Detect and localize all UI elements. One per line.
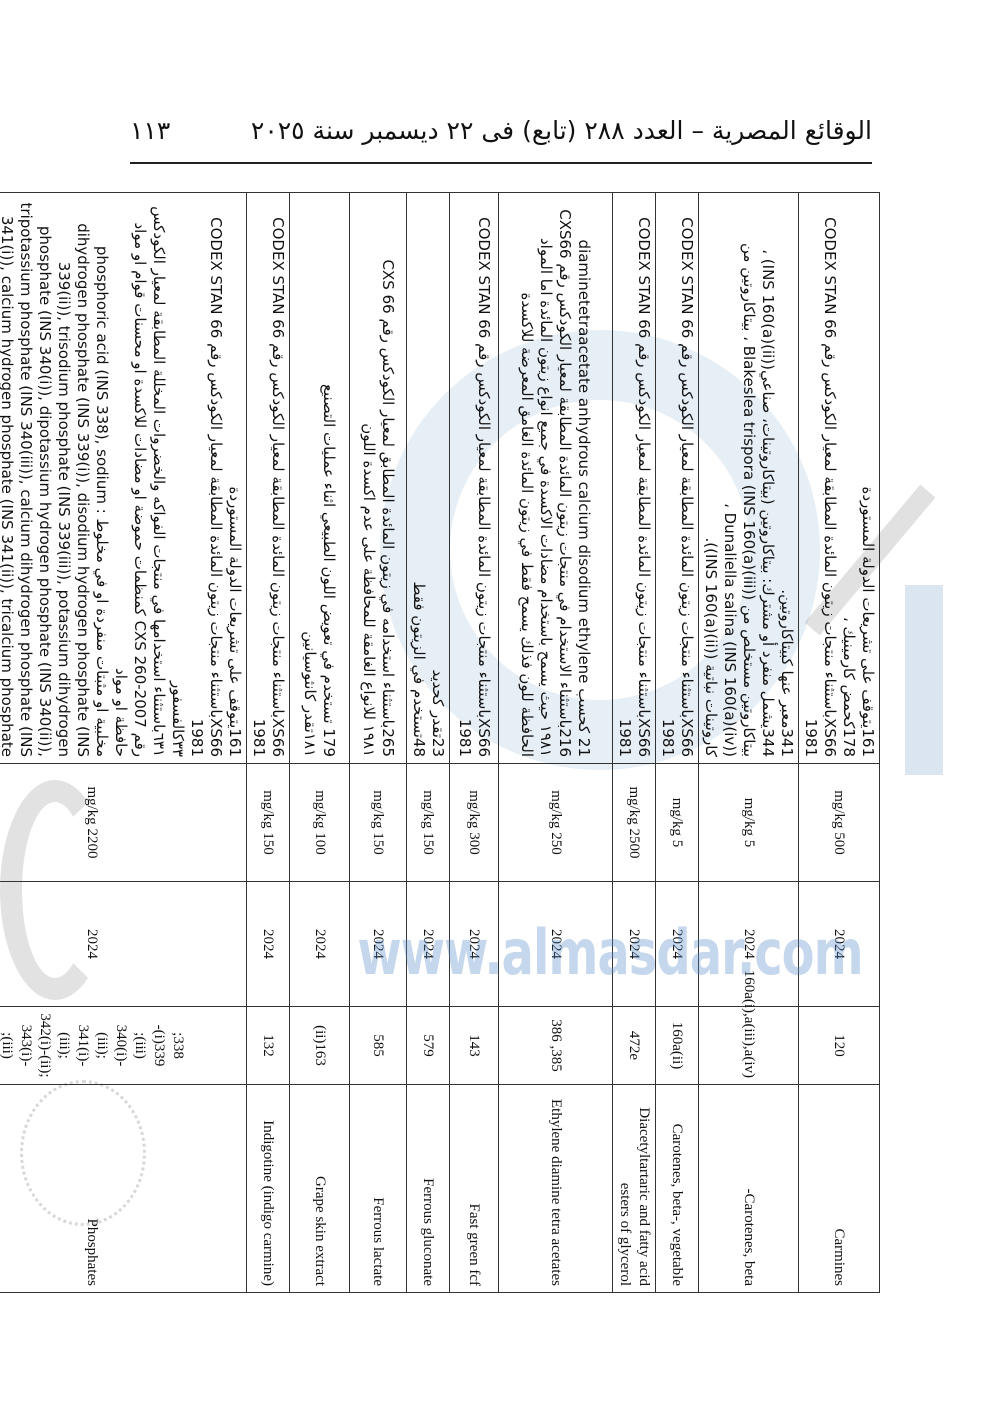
- ins-number-cell: 338; 339(i)-(iii); 340(i)-(iii); 341(i)-…: [0, 1007, 246, 1085]
- additive-name-cell: Carotenes, beta-, vegetable: [656, 1085, 699, 1293]
- notes-cell: 23تقدر كحديد48تستخدم في الزيتون فقط: [406, 193, 449, 764]
- notes-cell: 265باستثناء استخدامه في زيتون المائدة ال…: [349, 193, 406, 764]
- note-line: 161يتوقف على تشريعات الدولة المستوردة: [858, 199, 877, 757]
- note-line: XS66باستثناء منتجات زيتون المائدة المطاب…: [249, 199, 287, 757]
- year-cell: 2024: [656, 882, 699, 1007]
- additives-table: Carmines1202024500 mg/kg161يتوقف على تشر…: [0, 192, 880, 1293]
- notes-cell: XS66باستثناء منتجات زيتون المائدة المطاب…: [613, 193, 656, 764]
- note-line: 341معبر عنها كبيتاكاروتين.: [777, 199, 796, 757]
- notes-cell: XS66باستثناء منتجات زيتون المائدة المطاب…: [656, 193, 699, 764]
- note-line: XS66باستثناء منتجات زيتون المائدة المطاب…: [455, 199, 493, 757]
- additive-name-cell: Ferrous gluconate: [406, 1085, 449, 1293]
- max-level-cell: 100 mg/kg: [289, 764, 349, 882]
- max-level-cell: 5 mg/kg: [699, 764, 799, 882]
- year-cell: 2024: [349, 882, 406, 1007]
- note-line: XS66باستثناء منتجات زيتون المائدة المطاب…: [801, 199, 839, 757]
- max-level-cell: 150 mg/kg: [246, 764, 289, 882]
- ins-number-cell: 160a(i),a(iii),a(iv): [699, 1007, 799, 1085]
- note-line: 23تقدر كحديد: [428, 199, 447, 757]
- ins-number-cell: 585: [349, 1007, 406, 1085]
- table-row: Ferrous lactate5852024150 mg/kg265باستثن…: [349, 193, 406, 1293]
- header-divider: [130, 162, 872, 164]
- note-line: ١٩٨١ للانواع الغامقة للمحافظة على عدم اك…: [359, 199, 378, 757]
- ins-number-cell: 385, 386: [498, 1007, 612, 1085]
- note-line: مخلبية او مثبتات منفردة او في مخلوط : ph…: [0, 199, 111, 757]
- table-row: Ethylene diamine tetra acetates385, 3862…: [498, 193, 612, 1293]
- note-line: XS66باستثناء منتجات زيتون المائدة المطاب…: [615, 199, 653, 757]
- additive-name-cell: Phosphates: [0, 1085, 246, 1293]
- note-line: XS66باستثناء منتجات زيتون المائدة المطاب…: [187, 199, 225, 757]
- additive-name-cell: Carotenes, beta-: [699, 1085, 799, 1293]
- notes-cell: 341معبر عنها كبيتاكاروتين.344يشمل منفرد …: [699, 193, 799, 764]
- year-cell: 2024: [406, 882, 449, 1007]
- note-line: الحافظة للون فذلك يسمح فقط في زيتون الما…: [517, 199, 536, 757]
- year-cell: 2024: [289, 882, 349, 1007]
- note-line: 48تستخدم في الزيتون فقط: [409, 199, 428, 757]
- table-row: Carmines1202024500 mg/kg161يتوقف على تشر…: [799, 193, 880, 1293]
- additive-name-cell: Fast green fcf: [449, 1085, 498, 1293]
- year-cell: 2024: [449, 882, 498, 1007]
- table-row: Ferrous gluconate5792024150 mg/kg23تقدر …: [406, 193, 449, 1293]
- page-number: ١١٣: [130, 116, 170, 145]
- year-cell: 2024: [613, 882, 656, 1007]
- note-line: ١٩٨١ حيث يسمح باستخدام مضادات الاكسدة في…: [536, 199, 555, 757]
- ins-number-cell: 579: [406, 1007, 449, 1085]
- note-line: ٣٣كالفسفور: [168, 199, 187, 757]
- table-row: Diacetyltartaric and fatty acid esters o…: [613, 193, 656, 1293]
- notes-cell: 161يتوقف على تشريعات الدولة المستوردةXS6…: [0, 193, 246, 764]
- notes-cell: XS66باستثناء منتجات زيتون المائدة المطاب…: [449, 193, 498, 764]
- note-line: 179 تستخدم في تعويض اللون الطبيعي اثناء …: [319, 199, 338, 757]
- max-level-cell: 5 mg/kg: [656, 764, 699, 882]
- max-level-cell: 2500 mg/kg: [613, 764, 656, 882]
- table-row: Grape skin extract163(ii)2024100 mg/kg17…: [289, 193, 349, 1293]
- table-row: Carotenes, beta-, vegetable160a(ii)20245…: [656, 193, 699, 1293]
- ins-number-cell: 132: [246, 1007, 289, 1085]
- watermark-bar: [905, 585, 943, 775]
- year-cell: 2024: [0, 882, 246, 1007]
- note-line: 265باستثناء استخدامه في زيتون المائدة ال…: [378, 199, 397, 757]
- ins-number-cell: 160a(ii): [656, 1007, 699, 1085]
- note-line: 216باستثناء الاستخدام في منتجات زيتون ال…: [555, 199, 574, 757]
- additive-name-cell: Carmines: [799, 1085, 880, 1293]
- table-row: Phosphates338; 339(i)-(iii); 340(i)-(iii…: [0, 193, 246, 1293]
- max-level-cell: 150 mg/kg: [349, 764, 406, 882]
- max-level-cell: 150 mg/kg: [406, 764, 449, 882]
- note-line: 21 كحسب diaminetetraacetate anhydrous ca…: [574, 199, 593, 757]
- note-line: كاروتينات نباتية (INS 160(a)(ii))).: [701, 199, 720, 757]
- note-line: ١٨١تقدر كانثوسيانين: [300, 199, 319, 757]
- additive-name-cell: Diacetyltartaric and fatty acid esters o…: [613, 1085, 656, 1293]
- notes-cell: XS66باستثناء منتجات زيتون المائدة المطاب…: [246, 193, 289, 764]
- max-level-cell: 250 mg/kg: [498, 764, 612, 882]
- note-line: 344يشمل منفرد أو مشترك: بيتاكاروتين (بيت…: [758, 199, 777, 757]
- note-line: 178كحمض كارمينيك ،: [839, 199, 858, 757]
- notes-cell: 179 تستخدم في تعويض اللون الطبيعي اثناء …: [289, 193, 349, 764]
- gazette-title: الوقائع المصرية – العدد ٢٨٨ (تابع) فى ٢٢…: [251, 116, 872, 145]
- notes-cell: 21 كحسب diaminetetraacetate anhydrous ca…: [498, 193, 612, 764]
- year-cell: 2024: [498, 882, 612, 1007]
- max-level-cell: 500 mg/kg: [799, 764, 880, 882]
- note-line: ٦٣١باستثناء استخدامها في منتجات الفواكه …: [111, 199, 168, 757]
- note-line: XS66باستثناء منتجات زيتون المائدة المطاب…: [658, 199, 696, 757]
- page-header: الوقائع المصرية – العدد ٢٨٨ (تابع) فى ٢٢…: [130, 108, 872, 152]
- year-cell: 2024: [799, 882, 880, 1007]
- notes-cell: 161يتوقف على تشريعات الدولة المستوردة178…: [799, 193, 880, 764]
- additive-name-cell: Grape skin extract: [289, 1085, 349, 1293]
- additive-name-cell: Indigotine (indigo carmine): [246, 1085, 289, 1293]
- max-level-cell: 300 mg/kg: [449, 764, 498, 882]
- ins-number-cell: 143: [449, 1007, 498, 1085]
- max-level-cell: 2200 mg/kg: [0, 764, 246, 882]
- additive-name-cell: Ethylene diamine tetra acetates: [498, 1085, 612, 1293]
- note-line: بيتاكاروتين مستخلص من Blakeslea trispora…: [720, 199, 758, 757]
- ins-number-cell: 120: [799, 1007, 880, 1085]
- table-row: Carotenes, beta-160a(i),a(iii),a(iv)2024…: [699, 193, 799, 1293]
- year-cell: 2024: [246, 882, 289, 1007]
- ins-number-cell: 472e: [613, 1007, 656, 1085]
- additives-table-container: Carmines1202024500 mg/kg161يتوقف على تشر…: [133, 192, 880, 1293]
- additive-name-cell: Ferrous lactate: [349, 1085, 406, 1293]
- note-line: 161يتوقف على تشريعات الدولة المستوردة: [225, 199, 244, 757]
- ins-number-cell: 163(ii): [289, 1007, 349, 1085]
- table-row: Fast green fcf1432024300 mg/kgXS66باستثن…: [449, 193, 498, 1293]
- table-row: Indigotine (indigo carmine)1322024150 mg…: [246, 193, 289, 1293]
